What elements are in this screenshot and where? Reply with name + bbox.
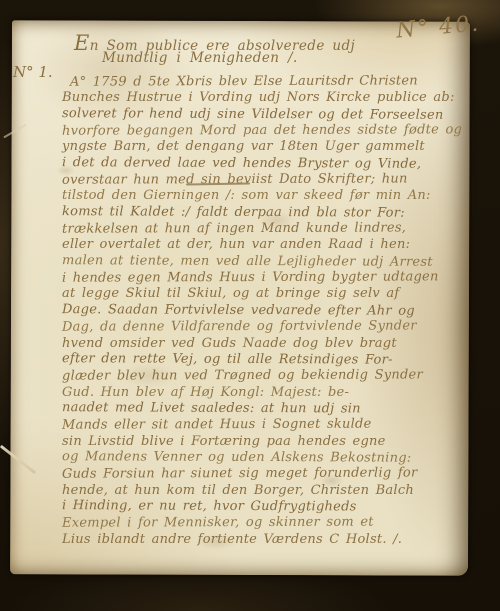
manuscript-line: tilstod den Gierningen /: som var skeed … [62,188,458,204]
manuscript-line: Exempel i for Mennisker, og skinner som … [62,515,458,533]
margin-entry-number: N° 1. [13,63,53,81]
manuscript-line: efter den rette Vej, og til alle Retsind… [62,351,458,369]
manuscript-line: i det da derved laae ved hendes Bryster … [62,155,458,173]
corner-page-number: N° 40. [395,11,481,43]
manuscript-line: i hendes egen Mands Huus i Vording bygte… [62,269,458,287]
manuscript-line: Lius iblandt andre fortiente Værdens C H… [62,532,458,548]
manuscript-line: Dag, da denne Vildfarende og fortvivlend… [62,318,458,336]
page-heading-line2: Mundtlig i Menigheden /. [102,50,298,66]
manuscript-line: glæder blev hun ved Trøgned og bekiendig… [62,367,458,385]
manuscript-line: overstaar hun med sin beviist Dato Skrif… [62,171,458,189]
manuscript-line: yngste Barn, det dengang var 18ten Uger … [62,139,458,155]
manuscript-line: Bunches Hustrue i Vording udj Nors Kirck… [62,90,458,106]
manuscript-line: Mands eller sit andet Huus i Sognet skul… [62,417,458,435]
manuscript-body: A° 1759 d 5te Xbris blev Else Lauritsdr … [62,74,458,548]
manuscript-line: A° 1759 d 5te Xbris blev Else Lauritsdr … [62,73,458,91]
page-content: N° 40. N° 1. En Som publice ere absolver… [0,0,500,611]
manuscript-line: naadet med Livet saaledes: at hun udj si… [62,400,458,418]
manuscript-line: sin Livstid blive i Fortæring paa hendes… [62,434,458,450]
manuscript-line: i Hinding, er nu ret, hvor Gudfrygtighed… [62,498,458,516]
manuscript-line: hende, at hun kom til den Borger, Christ… [62,483,458,499]
manuscript-line: komst til Kaldet :/ faldt derpaa ind bla… [62,204,458,222]
manuscript-line: Dage. Saadan Fortvivlelse vedvarede efte… [62,302,458,320]
manuscript-line: at legge Skiul til Skiul, og at bringe s… [62,286,458,302]
manuscript-line: hvend omsider ved Guds Naade dog blev br… [62,336,458,352]
manuscript-line: malen at tiente, men ved alle Lejlighede… [62,253,458,271]
manuscript-line: trækkelsen at hun af ingen Mand kunde li… [62,220,458,238]
manuscript-line: solveret for hend udj sine Vildelser og … [62,106,458,124]
manuscript-photo: N° 40. N° 1. En Som publice ere absolver… [0,0,500,611]
manuscript-line: eller overtalet at der, hun var anden Ra… [62,237,458,253]
manuscript-line: og Mandens Venner og uden Alskens Bekost… [62,449,458,467]
manuscript-line: hvorfore begangen Mord paa det hendes si… [62,122,458,140]
manuscript-line: Guds Forsiun har siunet sig meget forund… [62,466,458,484]
manuscript-line: Gud. Hun blev af Høj Kongl: Majest: be- [62,385,458,401]
